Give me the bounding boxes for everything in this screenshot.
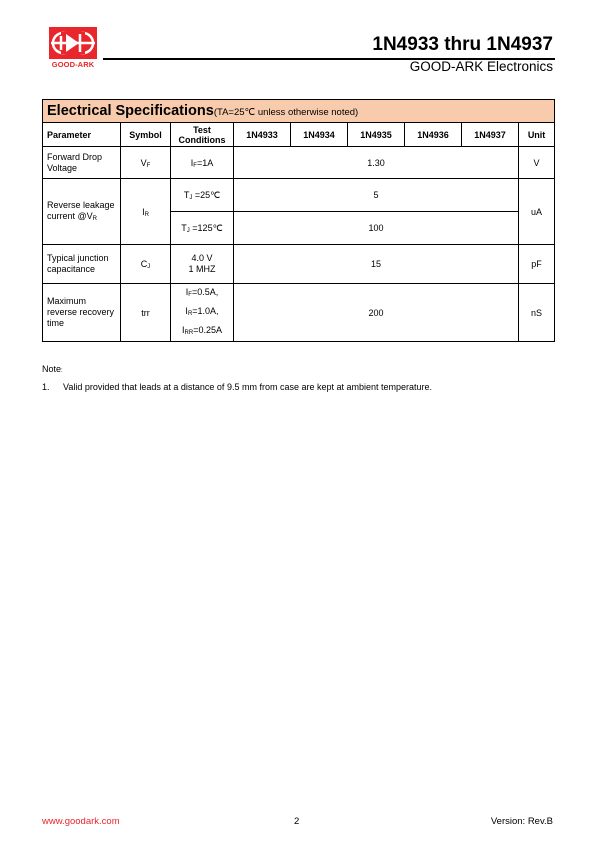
column-header: 1N4937 — [462, 123, 519, 147]
footer-website-link[interactable]: www.goodark.com — [42, 816, 120, 827]
parameter-cell: Forward Drop Voltage — [43, 147, 121, 179]
version-label: Version: Rev.B — [491, 816, 553, 827]
table-title: Electrical Specifications — [47, 103, 214, 119]
table-title-note: (TA=25℃ unless otherwise noted) — [214, 107, 358, 118]
column-header: 1N4934 — [291, 123, 348, 147]
parameter-cell: Typical junction capacitance — [43, 245, 121, 284]
table-title-bar: Electrical Specifications(TA=25℃ unless … — [43, 100, 555, 123]
unit-cell: V — [519, 147, 555, 179]
column-header: Unit — [519, 123, 555, 147]
symbol-cell: trr — [121, 284, 171, 342]
column-header: Parameter — [43, 123, 121, 147]
column-header: 1N4935 — [348, 123, 405, 147]
unit-cell: uA — [519, 179, 555, 245]
column-header: 1N4936 — [405, 123, 462, 147]
company-logo: GOOD-ARK — [47, 27, 99, 69]
note-item: 1.Valid provided that leads at a distanc… — [42, 382, 432, 392]
diode-logo-icon — [49, 27, 97, 59]
note-text: Valid provided that leads at a distance … — [63, 382, 432, 392]
conditions-cell: TJ =25℃ — [171, 179, 234, 212]
table-row: Reverse leakage current @VR IR TJ =25℃ 5… — [43, 179, 555, 212]
table-row: Maximum reverse recovery time trr IF=0.5… — [43, 284, 555, 342]
column-header: Test Conditions — [171, 123, 234, 147]
column-header: 1N4933 — [234, 123, 291, 147]
value-cell: 5 — [234, 179, 519, 212]
logo-text: GOOD-ARK — [47, 60, 99, 69]
conditions-cell: 4.0 V 1 MHZ — [171, 245, 234, 284]
table-row: Typical junction capacitance CJ 4.0 V 1 … — [43, 245, 555, 284]
symbol-cell: IR — [121, 179, 171, 245]
value-cell: 200 — [234, 284, 519, 342]
table-header-row: Parameter Symbol Test Conditions 1N4933 … — [43, 123, 555, 147]
page-number: 2 — [294, 816, 299, 827]
conditions-cell: IF=0.5A, IR=1.0A, IRR=0.25A — [171, 284, 234, 342]
conditions-cell: TJ =125℃ — [171, 212, 234, 245]
value-cell: 100 — [234, 212, 519, 245]
symbol-cell: VF — [121, 147, 171, 179]
unit-cell: nS — [519, 284, 555, 342]
parameter-cell: Maximum reverse recovery time — [43, 284, 121, 342]
unit-cell: pF — [519, 245, 555, 284]
column-header: Symbol — [121, 123, 171, 147]
document-subtitle: GOOD-ARK Electronics — [410, 59, 553, 74]
electrical-specifications-table: Electrical Specifications(TA=25℃ unless … — [42, 99, 555, 342]
parameter-cell: Reverse leakage current @VR — [43, 179, 121, 245]
symbol-cell: CJ — [121, 245, 171, 284]
value-cell: 15 — [234, 245, 519, 284]
note-number: 1. — [42, 382, 63, 392]
conditions-cell: IF=1A — [171, 147, 234, 179]
table-row: Forward Drop Voltage VF IF=1A 1.30 V — [43, 147, 555, 179]
value-cell: 1.30 — [234, 147, 519, 179]
document-title: 1N4933 thru 1N4937 — [372, 34, 553, 56]
notes-heading: Note: — [42, 364, 63, 374]
